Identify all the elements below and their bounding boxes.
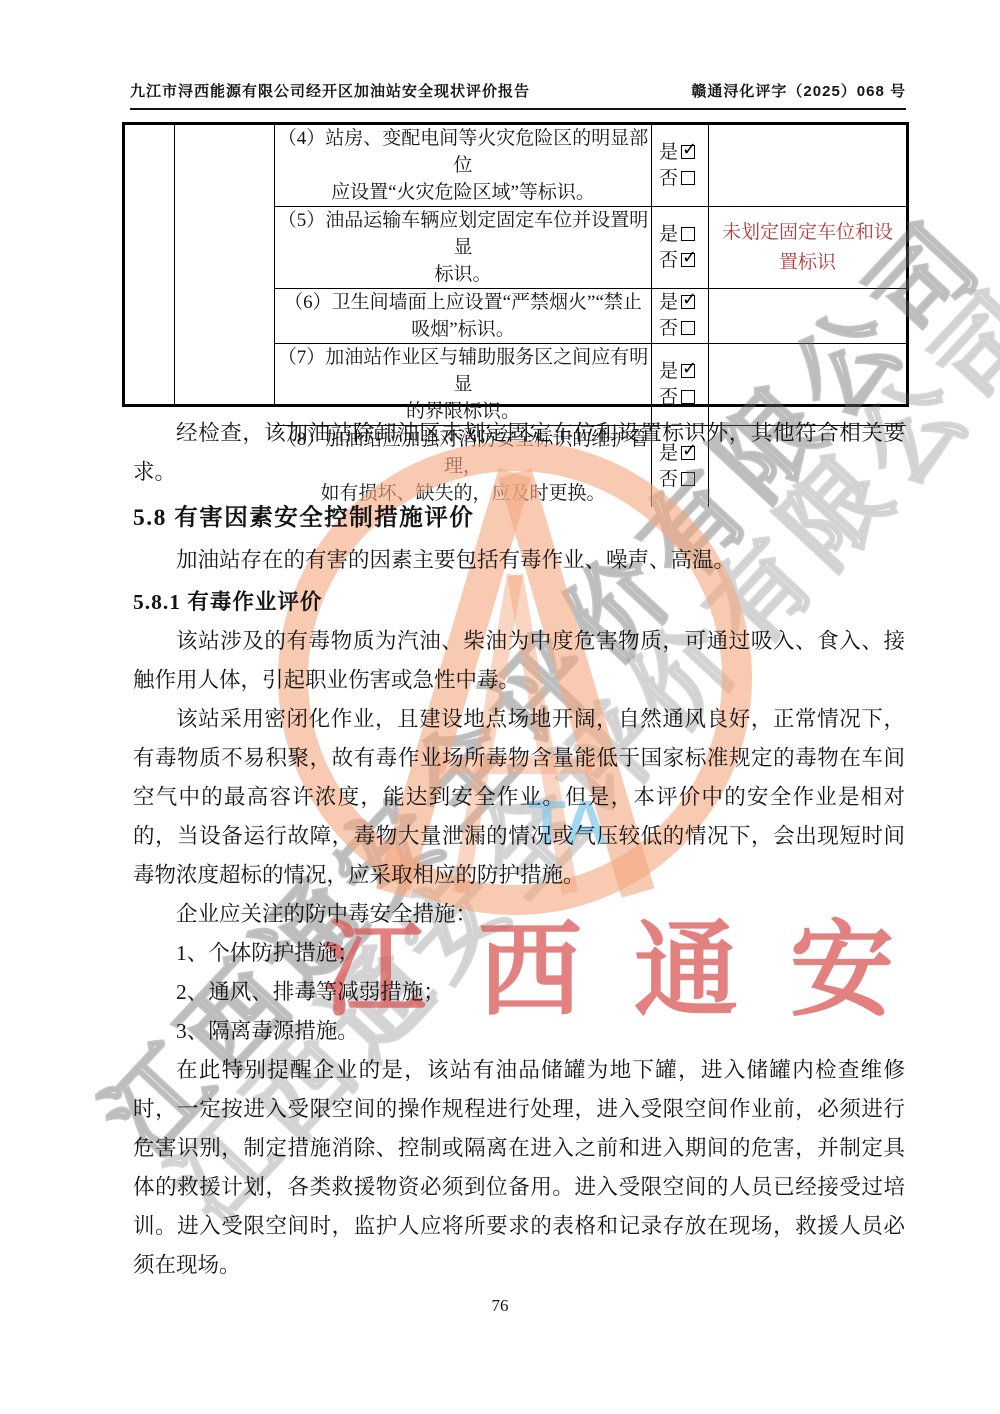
table-row: （5）油品运输车辆应划定固定车位并设置明显 标识。 是 否 未划定固定车位和设置… bbox=[275, 207, 906, 289]
yes-no-cell: 是 否 bbox=[652, 125, 709, 206]
yes-label: 是 bbox=[659, 292, 678, 313]
checklist-table: （4）站房、变配电间等火灾危险区的明显部位 应设置“火灾危险区域”等标识。 是 … bbox=[122, 122, 909, 407]
requirement-line-1: （6）卫生间墙面上应设置“严禁烟火”“禁止 bbox=[275, 289, 651, 316]
section-heading-5-8-1: 5.8.1 有毒作业评价 bbox=[133, 582, 905, 622]
yes-label: 是 bbox=[659, 361, 678, 382]
yes-label: 是 bbox=[659, 142, 678, 163]
requirement-line-1: （7）加油站作业区与辅助服务区之间应有明显 bbox=[275, 344, 651, 398]
yes-label: 是 bbox=[659, 224, 678, 245]
paragraph: 该站涉及的有毒物质为汽油、柴油为中度危害物质，可通过吸入、食入、接触作用人体，引… bbox=[133, 622, 905, 700]
requirement-cell: （7）加油站作业区与辅助服务区之间应有明显 的界限标识。 bbox=[275, 344, 652, 425]
document-body: 经检查，该加油站除卸油区未划定固定车位和设置标识外，其他符合相关要求。 5.8 … bbox=[133, 414, 905, 1285]
section-heading-5-8: 5.8 有害因素安全控制措施评价 bbox=[133, 497, 905, 539]
requirement-line-1: （5）油品运输车辆应划定固定车位并设置明显 bbox=[275, 207, 651, 261]
yes-checkbox bbox=[681, 364, 695, 378]
header-report-title: 九江市浔西能源有限公司经开区加油站安全现状评价报告 bbox=[130, 80, 530, 101]
no-label: 否 bbox=[659, 387, 678, 408]
requirement-line-2: 吸烟”标识。 bbox=[275, 316, 651, 343]
requirement-cell: （5）油品运输车辆应划定固定车位并设置明显 标识。 bbox=[275, 207, 652, 288]
page-number: 76 bbox=[0, 1296, 1000, 1316]
paragraph: 企业应关注的防中毒安全措施： bbox=[133, 895, 905, 934]
requirement-cell: （4）站房、变配电间等火灾危险区的明显部位 应设置“火灾危险区域”等标识。 bbox=[275, 125, 652, 206]
no-checkbox bbox=[681, 321, 695, 335]
table-empty-column-1 bbox=[125, 125, 175, 404]
table-row: （6）卫生间墙面上应设置“严禁烟火”“禁止 吸烟”标识。 是 否 bbox=[275, 289, 906, 344]
yes-no-cell: 是 否 bbox=[652, 344, 709, 425]
remark-cell bbox=[709, 344, 906, 425]
paragraph: 加油站存在的有害的因素主要包括有毒作业、噪声、高温。 bbox=[133, 541, 905, 580]
remark-cell: 未划定固定车位和设置标识 bbox=[709, 207, 906, 288]
paragraph: 经检查，该加油站除卸油区未划定固定车位和设置标识外，其他符合相关要求。 bbox=[133, 414, 905, 492]
requirement-line-1: （4）站房、变配电间等火灾危险区的明显部位 bbox=[275, 125, 651, 179]
no-checkbox bbox=[681, 171, 695, 185]
remark-cell bbox=[709, 289, 906, 343]
table-empty-column-2 bbox=[175, 125, 275, 404]
header-doc-number: 赣通浔化评字（2025）068 号 bbox=[691, 80, 906, 101]
no-checkbox bbox=[681, 253, 695, 267]
page-header: 九江市浔西能源有限公司经开区加油站安全现状评价报告 赣通浔化评字（2025）06… bbox=[130, 80, 906, 110]
yes-no-cell: 是 否 bbox=[652, 207, 709, 288]
yes-no-cell: 是 否 bbox=[652, 289, 709, 343]
no-label: 否 bbox=[659, 318, 678, 339]
no-label: 否 bbox=[659, 168, 678, 189]
remark-cell bbox=[709, 125, 906, 206]
list-item: 2、通风、排毒等减弱措施； bbox=[133, 973, 905, 1012]
yes-checkbox bbox=[681, 227, 695, 241]
yes-checkbox bbox=[681, 145, 695, 159]
no-label: 否 bbox=[659, 250, 678, 271]
requirement-line-2: 标识。 bbox=[275, 261, 651, 288]
requirement-cell: （6）卫生间墙面上应设置“严禁烟火”“禁止 吸烟”标识。 bbox=[275, 289, 652, 343]
paragraph: 在此特别提醒企业的是，该站有油品储罐为地下罐，进入储罐内检查维修时，一定按进入受… bbox=[133, 1051, 905, 1285]
document-page: 江西通安全评价有限公司 江西通安全评价有限公司 TA 江西通安 九江市浔西能源有… bbox=[0, 0, 1000, 1414]
table-rows: （4）站房、变配电间等火灾危险区的明显部位 应设置“火灾危险区域”等标识。 是 … bbox=[275, 125, 906, 404]
table-row: （4）站房、变配电间等火灾危险区的明显部位 应设置“火灾危险区域”等标识。 是 … bbox=[275, 125, 906, 207]
paragraph: 该站采用密闭化作业，且建设地点场地开阔，自然通风良好，正常情况下，有毒物质不易积… bbox=[133, 700, 905, 895]
requirement-line-2: 应设置“火灾危险区域”等标识。 bbox=[275, 179, 651, 206]
list-item: 1、个体防护措施； bbox=[133, 934, 905, 973]
list-item: 3、隔离毒源措施。 bbox=[133, 1012, 905, 1051]
no-checkbox bbox=[681, 390, 695, 404]
yes-checkbox bbox=[681, 295, 695, 309]
